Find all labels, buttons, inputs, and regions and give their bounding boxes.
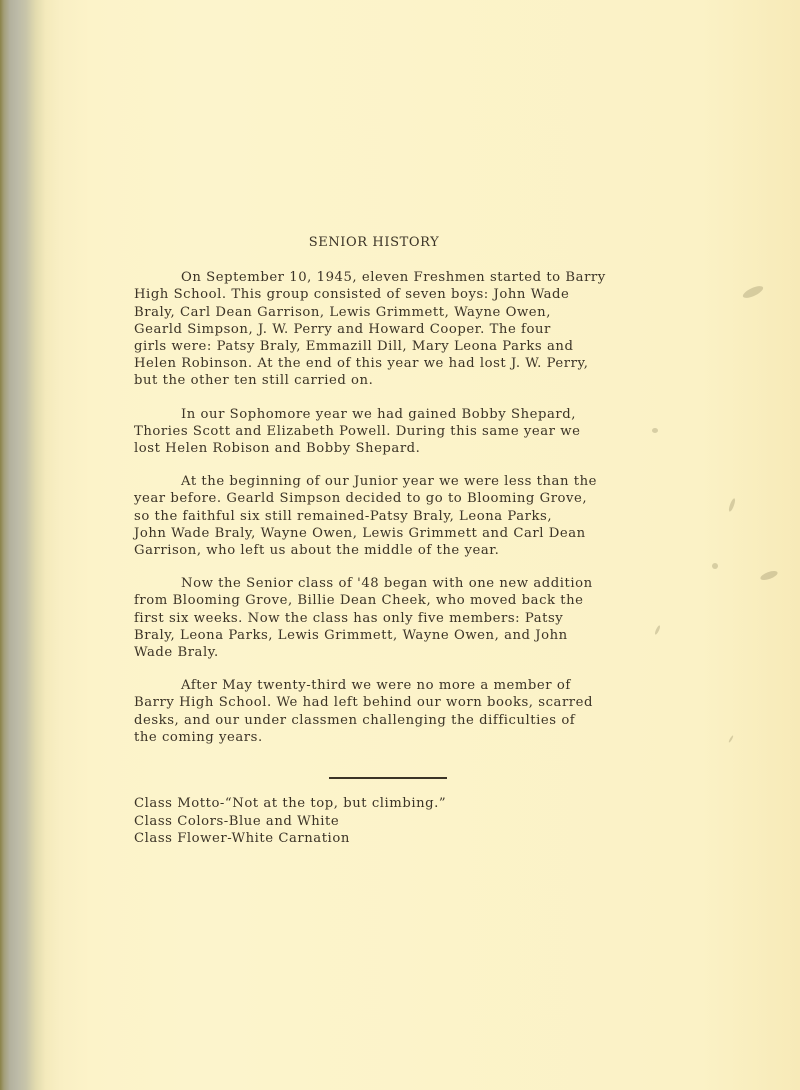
paragraph-line: Garrison, who left us about the middle o… <box>134 542 634 559</box>
paragraph-line: Thories Scott and Elizabeth Powell. Duri… <box>134 423 634 440</box>
document-body: SENIOR HISTORY On September 10, 1945, el… <box>134 234 634 762</box>
paper-stain <box>728 498 737 513</box>
paragraph: At the beginning of our Junior year we w… <box>134 473 634 559</box>
paragraph-line: Gearld Simpson, J. W. Perry and Howard C… <box>134 321 634 338</box>
paragraph: Now the Senior class of '48 began with o… <box>134 575 634 661</box>
paragraph-line: so the faithful six still remained-Patsy… <box>134 508 634 525</box>
paper-stain <box>652 428 658 433</box>
paragraph-line: On September 10, 1945, eleven Freshmen s… <box>134 269 634 286</box>
paragraph-line: the coming years. <box>134 729 634 746</box>
paragraph-line: from Blooming Grove, Billie Dean Cheek, … <box>134 592 634 609</box>
paragraph-line: year before. Gearld Simpson decided to g… <box>134 490 634 507</box>
section-divider <box>329 777 447 779</box>
paragraph-line: In our Sophomore year we had gained Bobb… <box>134 406 634 423</box>
paragraph: On September 10, 1945, eleven Freshmen s… <box>134 269 634 389</box>
paragraph-line: John Wade Braly, Wayne Owen, Lewis Grimm… <box>134 525 634 542</box>
paragraph-line: Braly, Leona Parks, Lewis Grimmett, Wayn… <box>134 627 634 644</box>
paragraph-line: but the other ten still carried on. <box>134 372 634 389</box>
paragraph-line: High School. This group consisted of sev… <box>134 286 634 303</box>
paragraph-list: On September 10, 1945, eleven Freshmen s… <box>134 269 634 746</box>
class-flower: Class Flower-White Carnation <box>134 830 446 848</box>
paper-stain <box>759 569 778 582</box>
class-info: Class Motto-“Not at the top, but climbin… <box>134 795 446 848</box>
paper-stain <box>712 563 718 569</box>
class-colors: Class Colors-Blue and White <box>134 813 446 831</box>
paragraph-line: lost Helen Robison and Bobby Shepard. <box>134 440 634 457</box>
paragraph-line: Now the Senior class of '48 began with o… <box>134 575 634 592</box>
paragraph-line: After May twenty-third we were no more a… <box>134 677 634 694</box>
paragraph-line: Braly, Carl Dean Garrison, Lewis Grimmet… <box>134 304 634 321</box>
paragraph-line: At the beginning of our Junior year we w… <box>134 473 634 490</box>
paper-stain <box>728 735 734 743</box>
paper-stain <box>654 625 661 635</box>
paragraph-line: desks, and our under classmen challengin… <box>134 712 634 729</box>
page-title: SENIOR HISTORY <box>174 234 574 251</box>
paragraph: After May twenty-third we were no more a… <box>134 677 634 746</box>
paragraph-line: first six weeks. Now the class has only … <box>134 610 634 627</box>
paper-stain <box>741 284 764 301</box>
paragraph-line: Helen Robinson. At the end of this year … <box>134 355 634 372</box>
class-motto: Class Motto-“Not at the top, but climbin… <box>134 795 446 813</box>
paragraph: In our Sophomore year we had gained Bobb… <box>134 406 634 458</box>
paragraph-line: Wade Braly. <box>134 644 634 661</box>
paragraph-line: girls were: Patsy Braly, Emmazill Dill, … <box>134 338 634 355</box>
paragraph-line: Barry High School. We had left behind ou… <box>134 694 634 711</box>
